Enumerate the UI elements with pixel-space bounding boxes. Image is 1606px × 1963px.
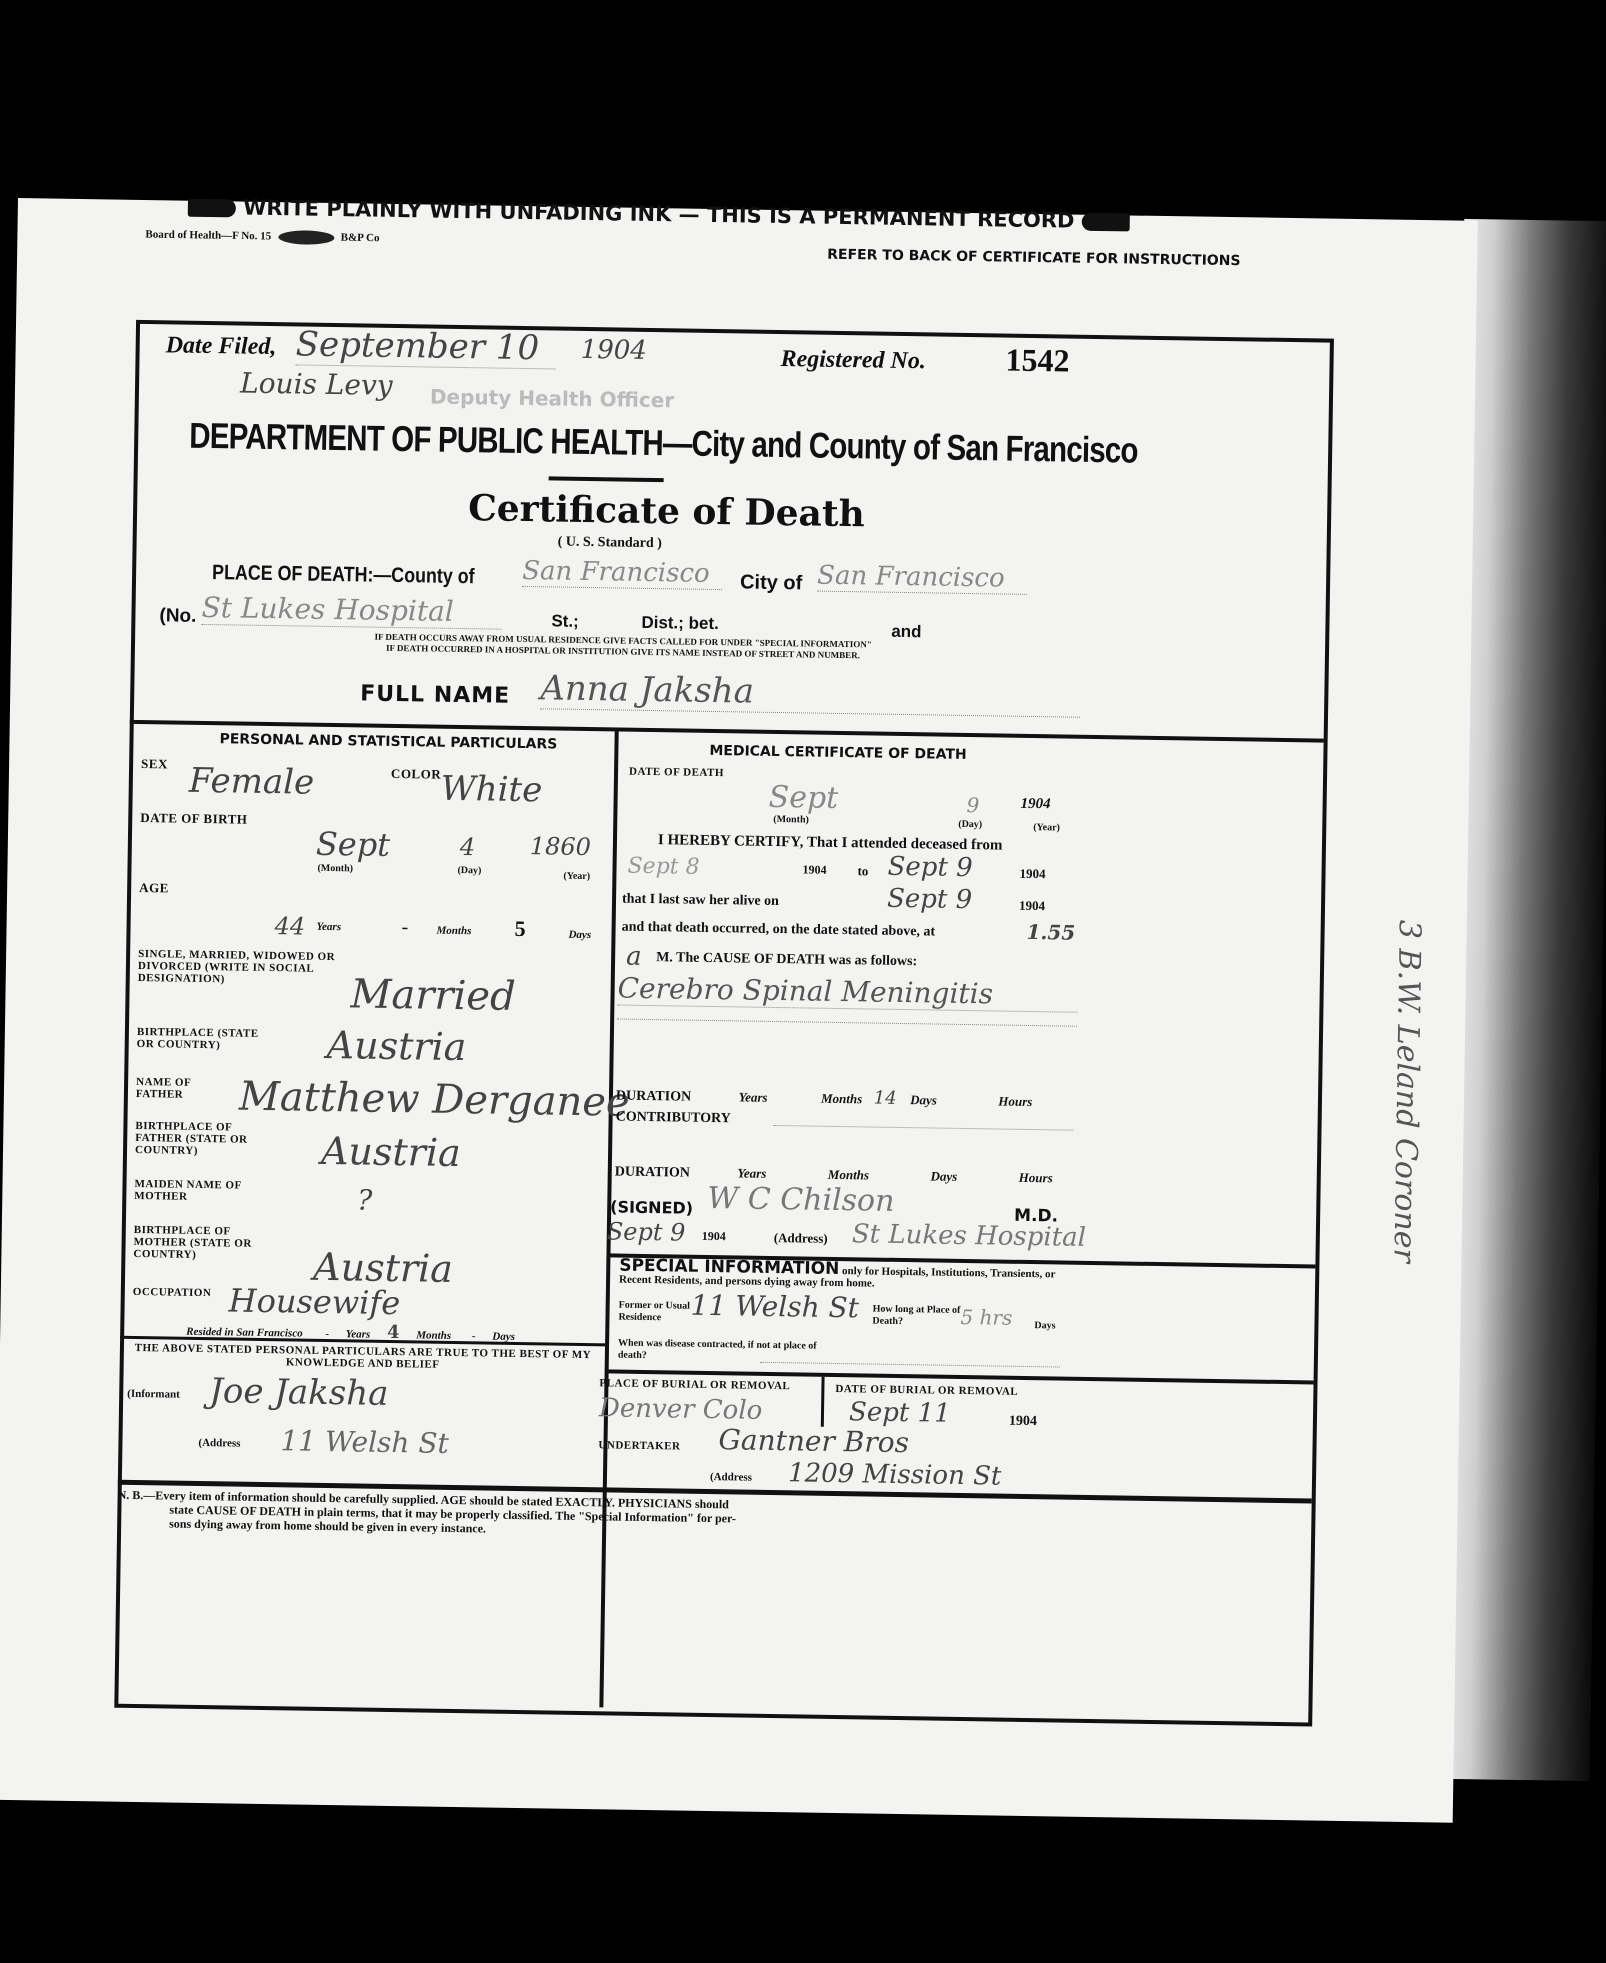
age-label: AGE — [139, 880, 169, 896]
father-birthplace-label: BIRTHPLACE OF FATHER (State or Country) — [135, 1120, 256, 1158]
dob-year: 1860 — [530, 832, 592, 861]
attended-from-year: 1904 — [802, 862, 826, 877]
birthplace-label: BIRTHPLACE (State or Country) — [137, 1026, 267, 1052]
dob-day: 4 — [460, 833, 476, 861]
date-filed-value: September 10 — [295, 324, 556, 369]
attended-from: Sept 8 — [627, 854, 699, 880]
marital-value: Married — [350, 971, 516, 1020]
full-name-value: Anna Jaksha — [540, 668, 1081, 717]
place-of-death-label: PLACE OF DEATH:—County of — [212, 561, 475, 589]
dod-day: 9 — [966, 793, 979, 817]
to-label: to — [857, 863, 868, 879]
mother-birthplace-label: BIRTHPLACE OF MOTHER (State or Country) — [133, 1224, 254, 1262]
registered-label: Registered No. — [780, 346, 926, 375]
instructions-note: REFER TO BACK OF CERTIFICATE FOR INSTRUC… — [827, 247, 1241, 269]
death-certificate-page: WRITE PLAINLY WITH UNFADING INK — THIS I… — [0, 198, 1478, 1823]
dod-day-caption: (Day) — [958, 819, 982, 830]
color-value: White — [440, 769, 542, 811]
banner-text: WRITE PLAINLY WITH UNFADING INK — THIS I… — [243, 196, 1075, 233]
occupation-label: OCCUPATION — [133, 1286, 212, 1299]
informant-label: (Informant — [127, 1388, 180, 1401]
age-months: - — [401, 916, 408, 939]
physician-address-label: (Address) — [774, 1230, 828, 1247]
last-saw-label: that I last saw her alive on — [622, 892, 779, 910]
header-banner: WRITE PLAINLY WITH UNFADING INK — THIS I… — [188, 195, 1130, 234]
father-value: Matthew Derganee — [239, 1074, 630, 1126]
dod-label: DATE OF DEATH — [629, 766, 724, 779]
signed-label: (SIGNED) — [610, 1197, 693, 1217]
signed-date: Sept 9 — [607, 1217, 686, 1246]
how-long-value: 5 hrs — [960, 1305, 1012, 1330]
age-months-caption: Months — [436, 925, 471, 938]
mother-label: MAIDEN NAME OF MOTHER — [134, 1178, 244, 1204]
age-days: 5 — [514, 916, 525, 942]
dob-month: Sept — [316, 825, 391, 864]
street-label: St.; — [551, 611, 579, 631]
informant-address-label: (Address — [198, 1437, 240, 1450]
sex-label: SEX — [141, 756, 168, 772]
signed-year: 1904 — [702, 1229, 726, 1244]
physician-address: St Lukes Hospital — [852, 1219, 1087, 1253]
district-label: Dist.; bet. — [641, 613, 719, 634]
occupation-value: Housewife — [228, 1281, 400, 1322]
age-years: 44 — [274, 912, 305, 940]
officer-signature: Louis Levy — [240, 367, 393, 402]
contracted-label: When was disease contracted, if not at p… — [618, 1338, 838, 1365]
burial-place-value: Denver Colo — [599, 1393, 763, 1426]
attended-to-year: 1904 — [1019, 866, 1045, 882]
county-value: San Francisco — [522, 556, 722, 590]
cause-value: Cerebro Spinal Meningitis — [617, 972, 1077, 1013]
dob-label: DATE OF BIRTH — [140, 810, 247, 828]
city-value: San Francisco — [817, 561, 1027, 595]
burial-year: 1904 — [1009, 1414, 1037, 1430]
burial-date-value: Sept 11 — [849, 1397, 951, 1429]
birthplace-value: Austria — [326, 1023, 466, 1069]
certificate-title: Certificate of Death — [468, 487, 865, 535]
pointing-hand-icon — [188, 199, 236, 218]
undertaker-address-label: (Address — [710, 1471, 752, 1484]
physician-signature: W C Chilson — [707, 1181, 895, 1219]
date-filed-year: 1904 — [580, 335, 647, 366]
form-id: Board of Health—F No. 15 B&P Co — [145, 228, 379, 246]
death-time: 1.55 — [1026, 920, 1075, 945]
us-standard: ( U. S. Standard ) — [558, 535, 662, 553]
dod-month: Sept — [768, 780, 838, 816]
registered-number: 1542 — [1005, 342, 1070, 380]
undertaker-label: UNDERTAKER — [598, 1439, 680, 1452]
date-filed-label: Date Filed, — [165, 332, 276, 361]
how-long-days-caption: Days — [1034, 1320, 1055, 1331]
father-birthplace-value: Austria — [321, 1129, 461, 1175]
last-saw-date: Sept 9 — [887, 884, 973, 915]
union-seal-icon — [278, 230, 334, 245]
residence-value: 11 Welsh St — [690, 1289, 859, 1325]
dod-year: 1904 — [1020, 796, 1050, 813]
undertaker-value: Gantner Bros — [718, 1423, 909, 1459]
color-label: COLOR — [391, 766, 441, 783]
undertaker-address-value: 1209 Mission St — [788, 1458, 1002, 1491]
how-long-label: How long at Place of Death? — [872, 1304, 967, 1329]
informant-address-value: 11 Welsh St — [280, 1424, 449, 1460]
father-label: NAME OF FATHER — [136, 1076, 226, 1101]
attended-to: Sept 9 — [887, 852, 973, 883]
age-days-caption: Days — [568, 929, 591, 941]
marital-label: SINGLE, MARRIED, WIDOWED OR DIVORCED (Wr… — [138, 948, 339, 987]
pointing-hand-icon — [1082, 213, 1130, 232]
officer-title-stamp: Deputy Health Officer — [430, 384, 675, 412]
mother-value: ? — [357, 1183, 373, 1216]
full-name-label: FULL NAME — [360, 681, 510, 708]
sex-value: Female — [189, 761, 315, 803]
contributory-label: CONTRIBUTORY — [616, 1110, 731, 1128]
dod-year-caption: (Year) — [1033, 822, 1060, 833]
street-number-label: (No. — [159, 605, 196, 628]
meridiem: a — [626, 942, 642, 972]
year-caption: (Year) — [563, 871, 590, 882]
margin-coroner-note: 3 B.W. Leland Coroner — [1386, 920, 1426, 1263]
street-number-value: St Lukes Hospital — [201, 591, 501, 630]
age-years-caption: Years — [316, 921, 341, 933]
last-saw-year: 1904 — [1019, 898, 1045, 914]
city-label: City of — [740, 571, 803, 595]
day-caption: (Day) — [457, 865, 481, 876]
informant-value: Joe Jaksha — [209, 1371, 389, 1414]
month-caption: (Month) — [317, 863, 353, 875]
dod-month-caption: (Month) — [773, 814, 809, 826]
